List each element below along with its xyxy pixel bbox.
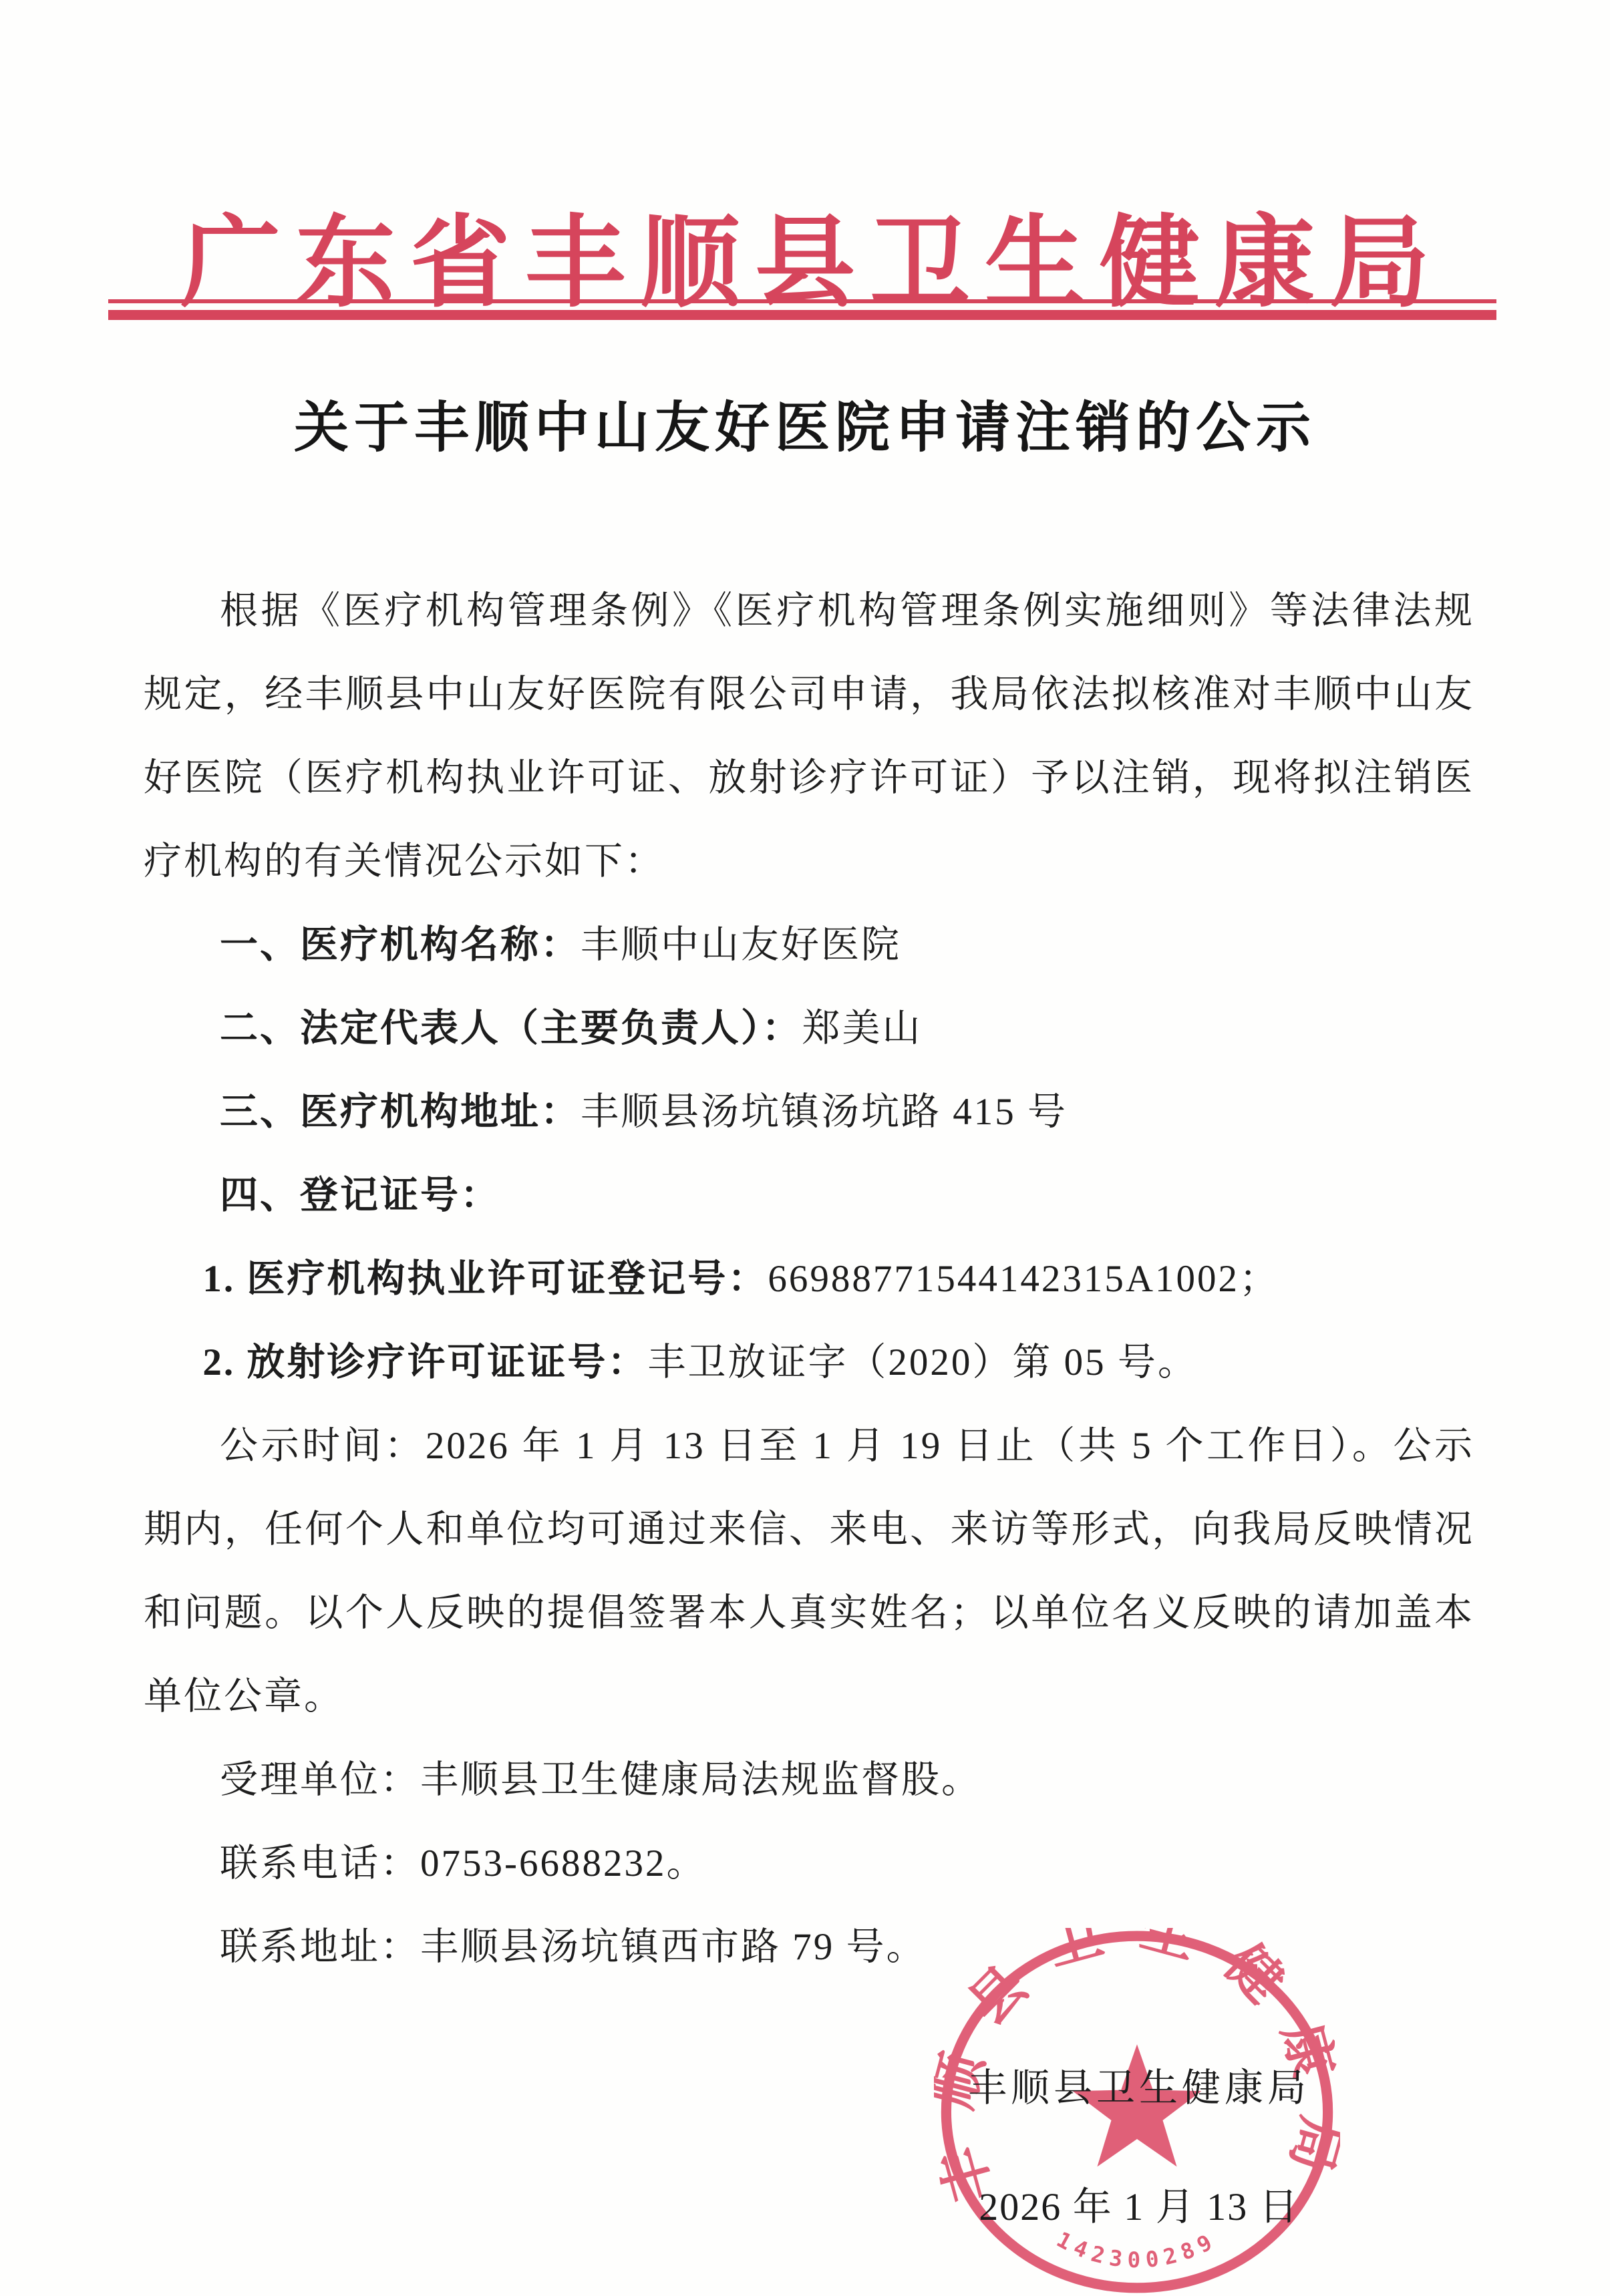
item-legal-representative: 二、法定代表人（主要负责人）：郑美山 <box>144 987 1474 1070</box>
item-institution-address-value: 丰顺县汤坑镇汤坑路 415 号 <box>581 1091 1068 1133</box>
item-practice-license-label: 1. 医疗机构执业许可证登记号： <box>202 1258 768 1300</box>
item-practice-license: 1. 医疗机构执业许可证登记号：66988771544142315A1002； <box>144 1237 1474 1321</box>
item-legal-representative-label: 二、法定代表人（主要负责人）： <box>220 1007 802 1049</box>
letterhead-agency-name: 广东省丰顺县卫生健康局 <box>0 182 1610 326</box>
document-title: 关于丰顺中山友好医院申请注销的公示 <box>0 384 1610 462</box>
item-radiology-license-value: 丰卫放证字（2020）第 05 号。 <box>647 1341 1198 1383</box>
item-institution-name-value: 丰顺中山友好医院 <box>581 924 901 966</box>
item-institution-name-label: 一、医疗机构名称： <box>220 924 581 966</box>
item-radiology-license: 2. 放射诊疗许可证证号：丰卫放证字（2020）第 05 号。 <box>144 1321 1474 1404</box>
item-institution-name: 一、医疗机构名称：丰顺中山友好医院 <box>144 903 1474 987</box>
item-institution-address-label: 三、医疗机构地址： <box>220 1091 581 1133</box>
document-page: 广东省丰顺县卫生健康局 关于丰顺中山友好医院申请注销的公示 根据《医疗机构管理条… <box>0 0 1610 2296</box>
item-institution-address: 三、医疗机构地址：丰顺县汤坑镇汤坑路 415 号 <box>144 1070 1474 1154</box>
signature-agency: 丰顺县卫生健康局 <box>929 2056 1349 2112</box>
letterhead-rule-thick <box>108 310 1496 320</box>
item-registration-numbers-label: 四、登记证号： <box>220 1174 500 1216</box>
item-radiology-license-label: 2. 放射诊疗许可证证号： <box>202 1341 647 1383</box>
letterhead-rule-thin <box>108 299 1496 303</box>
contact-unit-line: 受理单位：丰顺县卫生健康局法规监督股。 <box>144 1738 1474 1822</box>
paragraph-notice-period: 公示时间：2026 年 1 月 13 日至 1 月 19 日止（共 5 个工作日… <box>144 1404 1474 1738</box>
paragraph-intro: 根据《医疗机构管理条例》《医疗机构管理条例实施细则》等法律法规规定，经丰顺县中山… <box>144 569 1474 903</box>
item-legal-representative-value: 郑美山 <box>802 1007 923 1049</box>
contact-phone-line: 联系电话：0753-6688232。 <box>144 1822 1474 1905</box>
signature-date: 2026 年 1 月 13 日 <box>929 2175 1349 2231</box>
item-registration-numbers: 四、登记证号： <box>144 1154 1474 1237</box>
document-body: 根据《医疗机构管理条例》《医疗机构管理条例实施细则》等法律法规规定，经丰顺县中山… <box>144 569 1474 1989</box>
item-practice-license-value: 66988771544142315A1002； <box>768 1258 1279 1300</box>
